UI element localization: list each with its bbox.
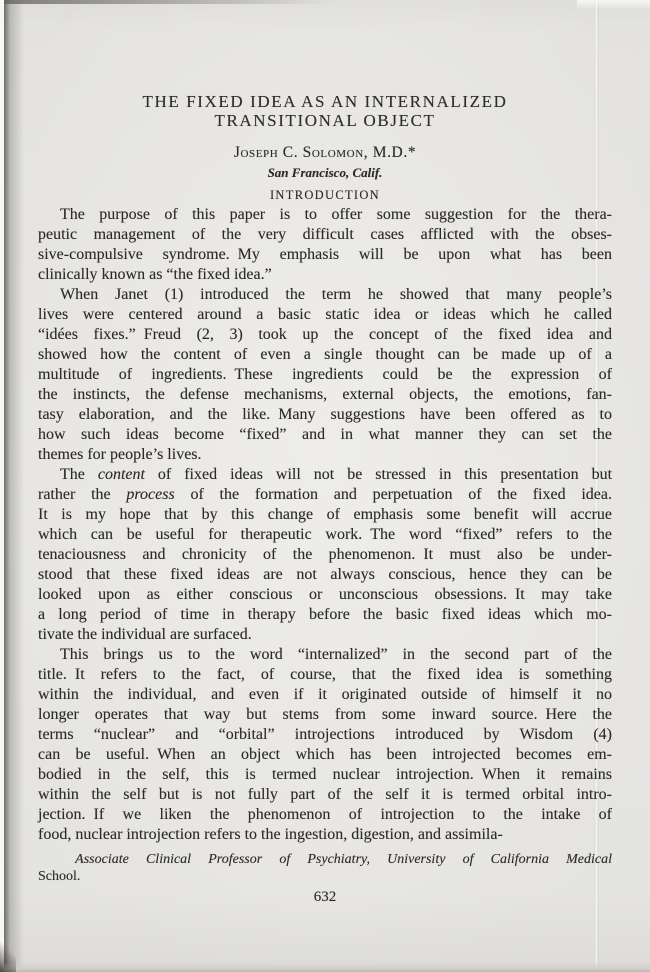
paragraph-3-line: tivate the individual are surfaced.	[38, 625, 612, 645]
paragraph-2-line: the instincts, the defense mechanisms, e…	[38, 385, 612, 405]
paragraph-3-line: a long period of time in therapy before …	[38, 605, 612, 625]
paragraph-2-line: how such ideas become “fixed” and in wha…	[38, 425, 612, 445]
page-bottom-left-corner	[0, 942, 16, 972]
paragraph-1-line: sive-compulsive syndrome. My emphasis wi…	[38, 245, 612, 265]
article-title-line-1: THE FIXED IDEA AS AN INTERNALIZED	[38, 93, 612, 112]
footnote-line: Associate Clinical Professor of Psychiat…	[38, 851, 612, 868]
paragraph-3-line: tenaciousness and chronicity of the phen…	[38, 545, 612, 565]
paragraph-4-line: terms “nuclear” and “orbital” introjecti…	[38, 725, 612, 745]
paragraph-4: This brings us to the word “internalized…	[38, 645, 612, 845]
paragraph-2-line: tasy elaboration, and the like. Many sug…	[38, 405, 612, 425]
paragraph-4-line: food, nuclear introjection refers to the…	[38, 825, 612, 845]
footnote: Associate Clinical Professor of Psychiat…	[38, 851, 612, 885]
article-content: THE FIXED IDEA AS AN INTERNALIZED TRANSI…	[38, 93, 612, 906]
body-text: The purpose of this paper is to offer so…	[38, 205, 612, 845]
author-byline: Joseph C. Solomon, M.D.*	[38, 145, 612, 160]
paragraph-4-line: bodied in the self, this is termed nucle…	[38, 765, 612, 785]
paragraph-4-line: jection. If we liken the phenomenon of i…	[38, 805, 612, 825]
footnote-line: School.	[38, 868, 612, 885]
paragraph-3-line: The content of fixed ideas will not be s…	[38, 465, 612, 485]
paragraph-1-line: peutic management of the very difficult …	[38, 225, 612, 245]
page-left-edge-shadow	[4, 0, 24, 972]
paragraph-4-line: longer operates that way but stems from …	[38, 705, 612, 725]
author-affiliation: San Francisco, Calif.	[38, 165, 612, 180]
paragraph-3: The content of fixed ideas will not be s…	[38, 465, 612, 645]
paragraph-2-line: themes for people’s lives.	[38, 445, 612, 465]
page-number: 632	[38, 889, 612, 906]
paragraph-3-line: It is my hope that by this change of emp…	[38, 505, 612, 525]
paragraph-3-line: looked upon as either conscious or uncon…	[38, 585, 612, 605]
paragraph-3-line: rather the process of the formation and …	[38, 485, 612, 505]
paragraph-4-line: within the self but is not fully part of…	[38, 785, 612, 805]
paragraph-4-line: can be useful. When an object which has …	[38, 745, 612, 765]
section-heading: INTRODUCTION	[38, 189, 612, 202]
article-title-line-2: TRANSITIONAL OBJECT	[38, 112, 612, 131]
article-title: THE FIXED IDEA AS AN INTERNALIZED TRANSI…	[38, 93, 612, 130]
paragraph-3-line: which can be useful for therapeutic work…	[38, 525, 612, 545]
scanned-page: THE FIXED IDEA AS AN INTERNALIZED TRANSI…	[0, 0, 650, 972]
page-top-right-corner	[577, 0, 650, 10]
paragraph-2-line: “idées fixes.” Freud (2, 3) took up the …	[38, 325, 612, 345]
paragraph-2: When Janet (1) introduced the term he sh…	[38, 285, 612, 465]
page-bottom-edge-shadow	[0, 962, 650, 972]
paragraph-2-line: lives were centered around a basic stati…	[38, 305, 612, 325]
paragraph-1-line: clinically known as “the fixed idea.”	[38, 265, 612, 285]
paragraph-2-line: When Janet (1) introduced the term he sh…	[38, 285, 612, 305]
paragraph-3-line: stood that these fixed ideas are not alw…	[38, 565, 612, 585]
paragraph-1: The purpose of this paper is to offer so…	[38, 205, 612, 285]
paragraph-2-line: multitude of ingredients. These ingredie…	[38, 365, 612, 385]
paragraph-2-line: showed how the content of even a single …	[38, 345, 612, 365]
page-top-edge-shadow	[4, 0, 334, 4]
paragraph-4-line: within the individual, and even if it or…	[38, 685, 612, 705]
paragraph-4-line: title. It refers to the fact, of course,…	[38, 665, 612, 685]
paragraph-4-line: This brings us to the word “internalized…	[38, 645, 612, 665]
paragraph-1-line: The purpose of this paper is to offer so…	[38, 205, 612, 225]
